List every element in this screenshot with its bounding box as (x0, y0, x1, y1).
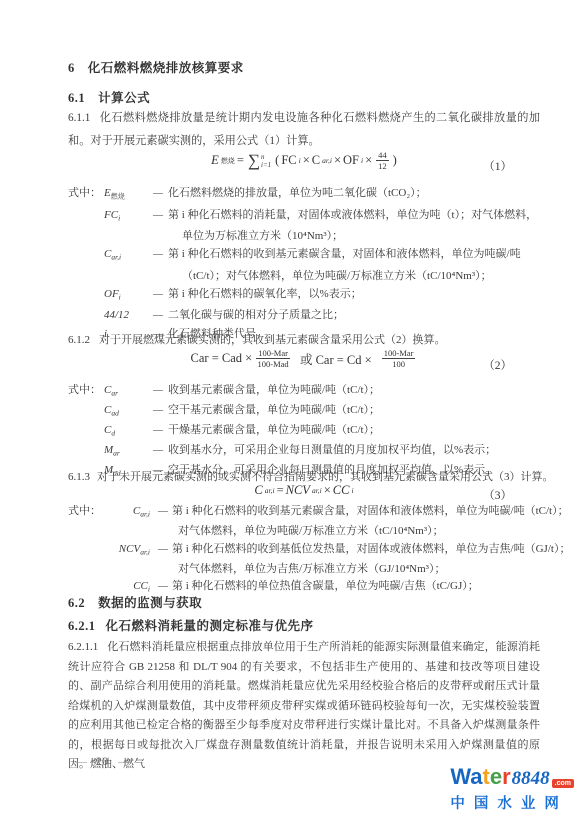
symbol-description: （tC/t）；对气体燃料，单位为吨碳/万标准立方米（tC/10⁴Nm³）； (168, 267, 540, 285)
definition-continuation: （tC/t）；对气体燃料，单位为吨碳/万标准立方米（tC/10⁴Nm³）； (68, 267, 540, 285)
symbol: 44/12 (104, 306, 148, 324)
dash: — (148, 382, 168, 400)
definition-row: OFi — 第 i 种化石燃料的碳氧化率，以%表示； (68, 285, 540, 307)
dash: — (148, 286, 168, 304)
paren-close: ) (393, 153, 397, 168)
clause-number: 6.1.2 (68, 334, 90, 346)
definition-continuation: 对气体燃料，单位为吨碳/万标准立方米（tC/10⁴Nm³）； (68, 523, 540, 541)
section-title: 化石燃料燃烧排放核算要求 (88, 61, 244, 75)
document-page: 6化石燃料燃烧排放核算要求 6.1计算公式 6.1.1化石燃料燃烧排放量是统计期… (0, 0, 580, 820)
dash: — (148, 402, 168, 420)
eq-text: Car = Cad × (191, 351, 253, 366)
symbol-description: 空干基元素碳含量，单位为吨碳/吨（tC/t）； (168, 402, 540, 420)
equation-number: （3） (483, 487, 512, 503)
symbol-description: 第 i 种化石燃料的碳氧化率，以%表示； (168, 285, 540, 303)
symbol-description: 干燥基元素碳含量，单位为吨碳/吨（tC/t）； (168, 422, 540, 440)
section-number: 6.2 (68, 596, 85, 610)
eq-var: C (312, 153, 320, 168)
section-title: 数据的监测与获取 (98, 596, 202, 610)
definition-row: Mar — 收到基水分，可采用企业每日测量值的月度加权平均值，以%表示； (68, 442, 540, 462)
fraction: 4412 (376, 150, 389, 171)
symbol: Cad (104, 402, 148, 422)
brand-tld-badge: .com (552, 779, 574, 788)
symbol: NCVar,i (98, 541, 154, 561)
symbol-description: 对气体燃料，单位为吉焦/万标准立方米（GJ/10⁴Nm³）； (172, 561, 540, 579)
fraction: 100-Mar100-Mad (256, 348, 290, 369)
symbol-description: 对气体燃料，单位为吨碳/万标准立方米（tC/10⁴Nm³）； (172, 523, 540, 541)
equals-sign: = (237, 153, 244, 168)
defs-lead: 式中： (68, 184, 104, 202)
sum-lower-limit: i=1 (261, 161, 271, 169)
paragraph-6-1-1: 6.1.1化石燃料燃烧排放量是统计期内发电设施各种化石燃料燃烧产生的二氧化碳排放… (68, 107, 540, 152)
symbol: Car (104, 382, 148, 402)
eq-var: NCV (286, 483, 310, 498)
footer-dash: — (118, 754, 129, 769)
equals-sign: = (277, 483, 284, 498)
watermark-logo: Water 8848 .com 中国水业网 (450, 766, 574, 813)
dash: — (148, 422, 168, 440)
eq-subscript: 燃烧 (221, 156, 235, 166)
dash: — (148, 307, 168, 325)
symbol-description: 二氧化碳与碳的相对分子质量之比； (168, 306, 540, 324)
eq-subscript: i (361, 156, 363, 165)
summation: ∑ni=1 (248, 152, 271, 169)
eq-subscript: ar,i (322, 156, 332, 165)
fraction: 100-Mar100 (382, 348, 416, 369)
clause-text: 对于开展燃煤元素碳实测的，其收到基元素碳含量采用公式（2）换算。 (99, 334, 446, 346)
footer-dash: — (75, 754, 86, 769)
symbol: FCi (104, 206, 148, 228)
symbol-description: 第 i 种化石燃料的收到基低位发热量，对固体或液体燃料，单位为吉焦/吨（GJ/t… (172, 541, 570, 559)
definition-row: Cad — 空干基元素碳含量，单位为吨碳/吨（tC/t）； (68, 402, 540, 422)
equation-number: （1） (483, 158, 512, 174)
symbol-description: 收到基水分，可采用企业每日测量值的月度加权平均值，以%表示； (168, 442, 540, 460)
watermark-cn-name: 中国水业网 (450, 792, 574, 813)
page-footer: — 20 — (75, 754, 129, 769)
definition-row: 式中： Car,i — 第 i 种化石燃料的收到基元素碳含量，对固体和液体燃料，… (68, 503, 540, 523)
clause-text: 化石燃料消耗量应根据重点排放单位用于生产所消耗的能源实际测量值来确定，能源消耗统… (68, 641, 540, 770)
sum-upper-limit: n (261, 153, 265, 161)
symbol: Car,i (98, 503, 154, 523)
page-number: 20 (96, 754, 108, 769)
definition-row: 式中： E燃烧 — 化石燃料燃烧的排放量，单位为吨二氧化碳（tCO₂）； (68, 184, 540, 206)
section-heading-6-2-1: 6.2.1化石燃料消耗量的测定标准与优先序 (68, 616, 540, 634)
times-sign: × (334, 153, 341, 168)
brand-word: Water (450, 766, 510, 788)
dash: — (148, 207, 168, 225)
definition-row: NCVar,i — 第 i 种化石燃料的收到基低位发热量，对固体或液体燃料，单位… (68, 541, 540, 561)
dash: — (148, 442, 168, 460)
symbol-description: 第 i 种化石燃料的消耗量，对固体或液体燃料，单位为吨（t）；对气体燃料， (168, 206, 540, 224)
times-sign: × (303, 153, 310, 168)
defs-lead: 式中： (68, 382, 104, 400)
dash: — (154, 541, 172, 559)
eq-var: FC (281, 153, 296, 168)
sigma-symbol: ∑ (248, 152, 260, 169)
section-title: 计算公式 (98, 91, 150, 105)
definition-row: 44/12 — 二氧化碳与碳的相对分子质量之比； (68, 306, 540, 325)
eq-var: E (211, 153, 219, 168)
eq-var: CC (333, 483, 350, 498)
equation-number: （2） (483, 357, 512, 373)
symbol: Car,i (104, 245, 148, 267)
clause-text: 化石燃料燃烧排放量是统计期内发电设施各种化石燃料燃烧产生的二氧化碳排放量的加和。… (68, 112, 540, 147)
definition-continuation: 单位为万标准立方米（10⁴Nm³）； (68, 227, 540, 245)
brand-number: 8848 (512, 769, 550, 788)
paragraph-6-2-1-1: 6.2.1.1化石燃料消耗量应根据重点排放单位用于生产所消耗的能源实际测量值来确… (68, 638, 540, 775)
symbol: E燃烧 (104, 184, 148, 206)
section-heading-6-2: 6.2数据的监测与获取 (68, 593, 540, 611)
equation-1-body: E燃烧 = ∑ni=1 ( FCi × Car,i × OFi × 4412 ) (211, 150, 397, 171)
eq-text: 或 Car = Cd × (300, 350, 372, 368)
paren-open: ( (275, 153, 279, 168)
definition-row: 式中： Car — 收到基元素碳含量，单位为吨碳/吨（tC/t）； (68, 382, 540, 402)
eq-var: C (254, 483, 262, 498)
section-heading-6-1: 6.1计算公式 (68, 88, 540, 106)
dash: — (154, 503, 172, 521)
section-number: 6.1 (68, 91, 85, 105)
equation-2-body: Car = Cad × 100-Mar100-Mad 或 Car = Cd × … (191, 348, 418, 369)
dash: — (148, 246, 168, 264)
section-title: 化石燃料消耗量的测定标准与优先序 (106, 619, 314, 633)
watermark-brand: Water 8848 .com (450, 766, 574, 788)
clause-number: 6.2.1.1 (68, 641, 98, 653)
dash: — (148, 185, 168, 203)
section-number: 6.2.1 (68, 619, 96, 633)
section-heading-6: 6化石燃料燃烧排放核算要求 (68, 58, 540, 76)
eq-subscript: ar,i (312, 486, 322, 495)
clause-number: 6.1.3 (68, 471, 90, 483)
definition-continuation: 对气体燃料，单位为吉焦/万标准立方米（GJ/10⁴Nm³）； (68, 561, 540, 579)
symbol-definitions-3: 式中： Car,i — 第 i 种化石燃料的收到基元素碳含量，对固体和液体燃料，… (68, 503, 540, 598)
section-number: 6 (68, 61, 75, 75)
defs-lead: 式中： (68, 503, 98, 521)
equation-2: Car = Cad × 100-Mar100-Mad 或 Car = Cd × … (68, 348, 540, 382)
symbol-description: 单位为万标准立方米（10⁴Nm³）； (168, 227, 540, 245)
eq-subscript: ar,i (265, 486, 275, 495)
eq-subscript: i (299, 156, 301, 165)
symbol: OFi (104, 285, 148, 307)
times-sign: × (365, 153, 372, 168)
definition-row: Car,i — 第 i 种化石燃料的收到基元素碳含量，对固体和液体燃料，单位为吨… (68, 245, 540, 267)
symbol: Cd (104, 422, 148, 442)
times-sign: × (324, 483, 331, 498)
symbol-definitions-1: 式中： E燃烧 — 化石燃料燃烧的排放量，单位为吨二氧化碳（tCO₂）； FCi… (68, 184, 540, 344)
symbol: Mar (104, 442, 148, 462)
symbol-description: 第 i 种化石燃料的收到基元素碳含量，对固体和液体燃料，单位为吨碳/吨（tC/t… (172, 503, 569, 521)
equation-1: E燃烧 = ∑ni=1 ( FCi × Car,i × OFi × 4412 )… (68, 150, 540, 182)
clause-text: 对于未开展元素碳实测的或实测不符合指南要求的，其收到基元素碳含量采用公式（3）计… (97, 471, 554, 483)
definition-row: Cd — 干燥基元素碳含量，单位为吨碳/吨（tC/t）； (68, 422, 540, 442)
definition-row: FCi — 第 i 种化石燃料的消耗量，对固体或液体燃料，单位为吨（t）；对气体… (68, 206, 540, 228)
eq-subscript: i (351, 486, 353, 495)
eq-var: OF (343, 153, 359, 168)
symbol-description: 收到基元素碳含量，单位为吨碳/吨（tC/t）； (168, 382, 540, 400)
clause-number: 6.1.1 (68, 112, 90, 124)
symbol-description: 化石燃料燃烧的排放量，单位为吨二氧化碳（tCO₂）； (168, 184, 540, 202)
symbol-description: 第 i 种化石燃料的收到基元素碳含量，对固体和液体燃料，单位为吨碳/吨 (168, 245, 540, 263)
equation-3-body: Car,i = NCVar,i × CCi (254, 483, 353, 498)
